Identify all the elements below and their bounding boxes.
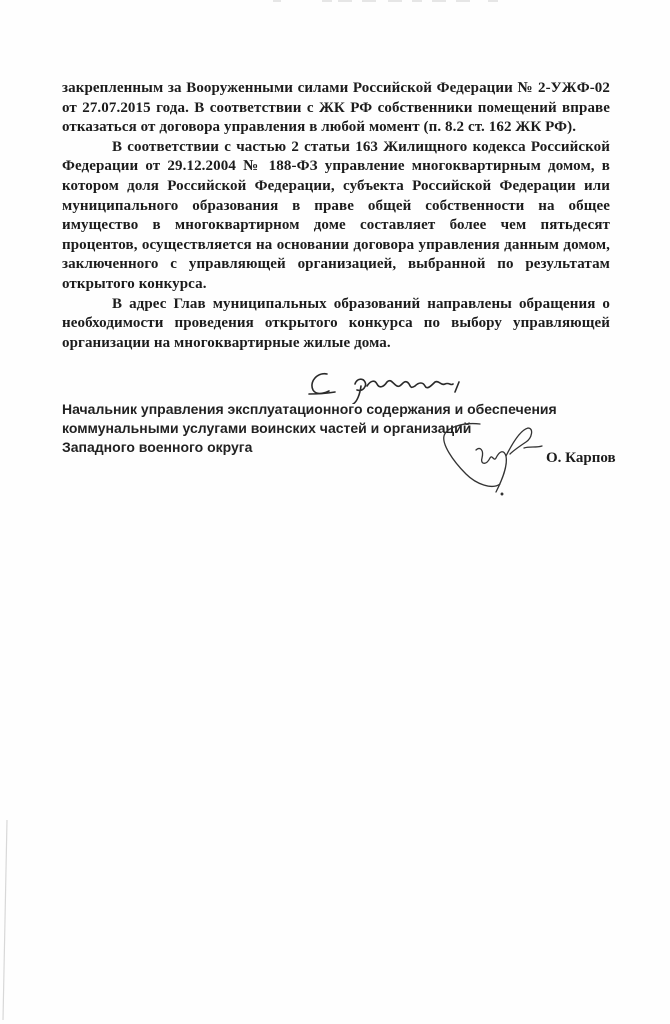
document-page: закрепленным за Вооруженными силами Росс…: [0, 0, 670, 1024]
handwritten-greeting: С уважением,: [305, 364, 465, 404]
text-line: закрепленным за Вооруженными силами Росс…: [62, 79, 610, 99]
top-bleed-through-marks: [270, 0, 520, 4]
text-line: заключенного с управляющей организацией,…: [62, 255, 610, 275]
signer-name: О. Карпов: [546, 450, 616, 467]
paragraph-1: закрепленным за Вооруженными силами Росс…: [62, 79, 610, 138]
handwritten-signature: [440, 420, 550, 500]
text-line: открытого конкурса.: [62, 275, 610, 295]
paragraph-3: В адрес Глав муниципальных образований н…: [62, 295, 610, 354]
scan-edge-artifact: [2, 820, 8, 1020]
text-line: котором доля Российской Федерации, субъе…: [62, 177, 610, 197]
paragraph-2: В соответствии с частью 2 статьи 163 Жил…: [62, 138, 610, 295]
text-line: процентов, осуществляется на основании д…: [62, 236, 610, 256]
text-line: имущество в многоквартирном доме составл…: [62, 216, 610, 236]
text-line: В адрес Глав муниципальных образований н…: [62, 295, 610, 315]
text-line: организации на многоквартирные жилые дом…: [62, 334, 610, 354]
text-line: муниципального образования в праве общей…: [62, 197, 610, 217]
text-line: отказаться от договора управления в любо…: [62, 118, 610, 138]
text-line: от 27.07.2015 года. В соответствии с ЖК …: [62, 99, 610, 119]
signatory-title-line: Начальник управления эксплуатационного с…: [62, 400, 562, 419]
letter-body: закрепленным за Вооруженными силами Росс…: [62, 79, 610, 353]
text-line: Федерации от 29.12.2004 № 188-ФЗ управле…: [62, 157, 610, 177]
text-line: В соответствии с частью 2 статьи 163 Жил…: [62, 138, 610, 158]
text-line: необходимости проведения открытого конку…: [62, 314, 610, 334]
